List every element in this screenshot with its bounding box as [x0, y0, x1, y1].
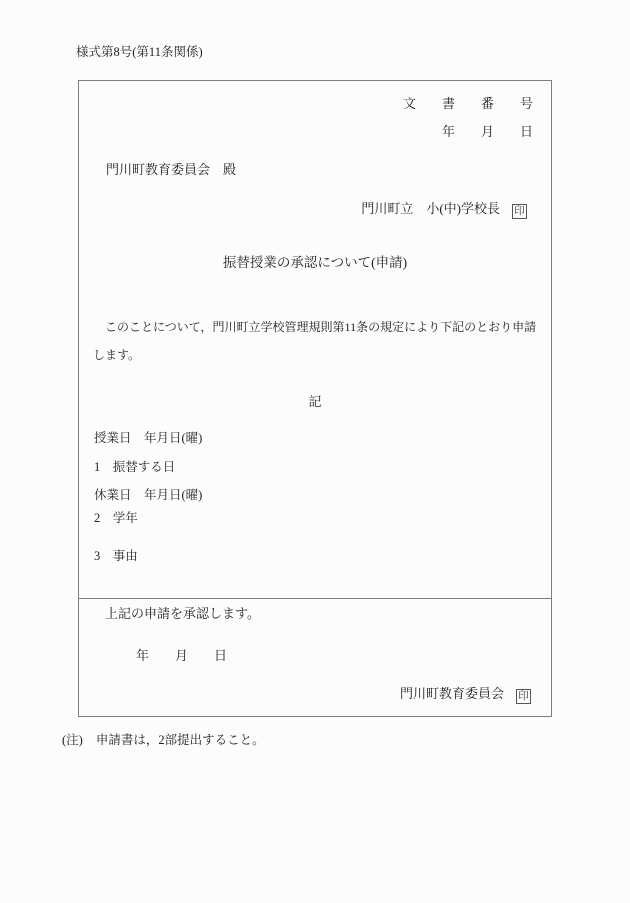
principal-seal-stamp: 印 — [512, 204, 527, 219]
footnote-text: 申請書は，2部提出すること。 — [96, 733, 265, 747]
approval-divider — [79, 598, 551, 599]
authority-name: 門川町教育委員会 — [400, 686, 504, 701]
field-holiday: 休業日 年月日(曜) — [94, 485, 202, 503]
committee-seal-stamp: 印 — [516, 689, 531, 704]
record-heading: 記 — [79, 391, 551, 410]
approval-statement: 上記の申請を承認します。 — [105, 603, 260, 622]
sender-line: 門川町立 小(中)学校長印 — [361, 198, 527, 219]
item-substitute-day: 1 振替する日 — [94, 457, 175, 475]
document-page: 様式第8号(第11条関係) 文 書 番 号 年 月 日 門川町教育委員会 殿 門… — [0, 0, 630, 903]
approval-date-line: 年 月 日 — [136, 645, 227, 664]
item-grade: 2 学年 — [94, 508, 138, 526]
form-number-label: 様式第8号(第11条関係) — [76, 42, 203, 60]
item-reason: 3 事由 — [94, 546, 138, 564]
approval-authority-line: 門川町教育委員会印 — [400, 683, 531, 704]
document-number-label: 文 書 番 号 — [403, 93, 533, 112]
document-date-line: 年 月 日 — [442, 121, 533, 140]
addressee-line: 門川町教育委員会 殿 — [106, 159, 236, 178]
document-title: 振替授業の承認について(申請) — [79, 251, 551, 271]
application-form: 文 書 番 号 年 月 日 門川町教育委員会 殿 門川町立 小(中)学校長印 振… — [78, 80, 552, 717]
body-paragraph: このことについて，門川町立学校管理規則第11条の規定により下記のとおり申請します… — [79, 313, 551, 369]
footnote-label: (注) — [62, 733, 83, 747]
footnote: (注)申請書は，2部提出すること。 — [62, 730, 265, 748]
field-class-day: 授業日 年月日(曜) — [94, 428, 202, 446]
sender-name: 門川町立 小(中)学校長 — [361, 201, 500, 216]
